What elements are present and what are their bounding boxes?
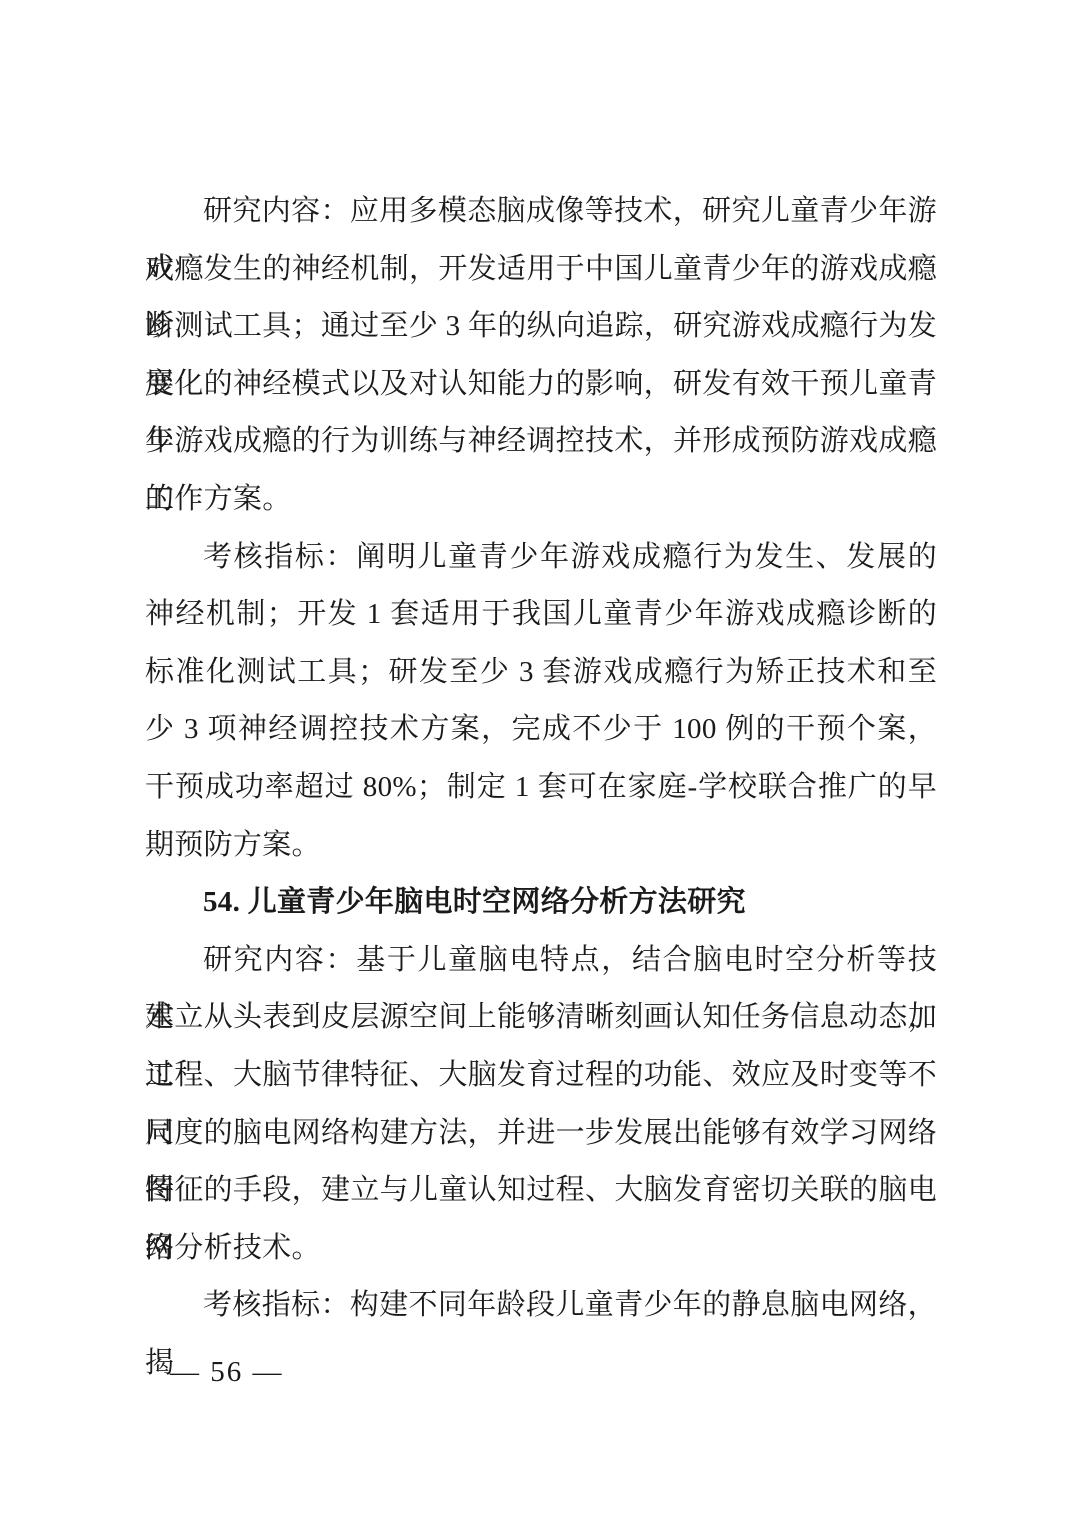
- section-heading-54: 54. 儿童青少年脑电时空网络分析方法研究: [145, 874, 937, 932]
- text-line: 研究内容：基于儿童脑电特点，结合脑电时空分析等技术，: [145, 932, 937, 990]
- text-line: 络分析技术。: [145, 1220, 937, 1278]
- paragraph-assessment-indicators-53: 考核指标：阐明儿童青少年游戏成瘾行为发生、发展的 神经机制；开发 1 套适用于我…: [145, 529, 937, 875]
- text-line: 年游戏成瘾的行为训练与神经调控技术，并形成预防游戏成瘾的: [145, 413, 937, 471]
- text-line: 标准化测试工具；研发至少 3 套游戏成瘾行为矫正技术和至: [145, 644, 937, 702]
- text-line: 研究内容：应用多模态脑成像等技术，研究儿童青少年游戏: [145, 183, 937, 241]
- paragraph-assessment-indicators-54: 考核指标：构建不同年龄段儿童青少年的静息脑电网络，揭: [145, 1277, 937, 1335]
- paragraph-research-content-54: 研究内容：基于儿童脑电特点，结合脑电时空分析等技术， 建立从头表到皮层源空间上能…: [145, 932, 937, 1278]
- text-line: 考核指标：构建不同年龄段儿童青少年的静息脑电网络，揭: [145, 1277, 937, 1335]
- text-line: 神经机制；开发 1 套适用于我国儿童青少年游戏成瘾诊断的: [145, 586, 937, 644]
- text-line: 变化的神经模式以及对认知能力的影响，研发有效干预儿童青少: [145, 356, 937, 414]
- paragraph-research-content-53: 研究内容：应用多模态脑成像等技术，研究儿童青少年游戏 成瘾发生的神经机制，开发适…: [145, 183, 937, 529]
- text-line: 成瘾发生的神经机制，开发适用于中国儿童青少年的游戏成瘾诊: [145, 241, 937, 299]
- document-body: 研究内容：应用多模态脑成像等技术，研究儿童青少年游戏 成瘾发生的神经机制，开发适…: [145, 183, 937, 1335]
- text-line: 过程、大脑节律特征、大脑发育过程的功能、效应及时变等不同: [145, 1047, 937, 1105]
- text-line: 考核指标：阐明儿童青少年游戏成瘾行为发生、发展的: [145, 529, 937, 587]
- text-line: 断测试工具；通过至少 3 年的纵向追踪，研究游戏成瘾行为发展: [145, 298, 937, 356]
- text-line: 特征的手段，建立与儿童认知过程、大脑发育密切关联的脑电网: [145, 1162, 937, 1220]
- document-page: 研究内容：应用多模态脑成像等技术，研究儿童青少年游戏 成瘾发生的神经机制，开发适…: [0, 0, 1080, 1527]
- page-footer: — 56 —: [170, 1352, 284, 1392]
- text-line: 干预成功率超过 80%；制定 1 套可在家庭-学校联合推广的早: [145, 759, 937, 817]
- text-line: 尺度的脑电网络构建方法，并进一步发展出能够有效学习网络图: [145, 1105, 937, 1163]
- text-line: 期预防方案。: [145, 817, 937, 875]
- text-line: 工作方案。: [145, 471, 937, 529]
- page-number: — 56 —: [170, 1356, 284, 1388]
- text-line: 少 3 项神经调控技术方案，完成不少于 100 例的干预个案，: [145, 701, 937, 759]
- text-line: 建立从头表到皮层源空间上能够清晰刻画认知任务信息动态加工: [145, 989, 937, 1047]
